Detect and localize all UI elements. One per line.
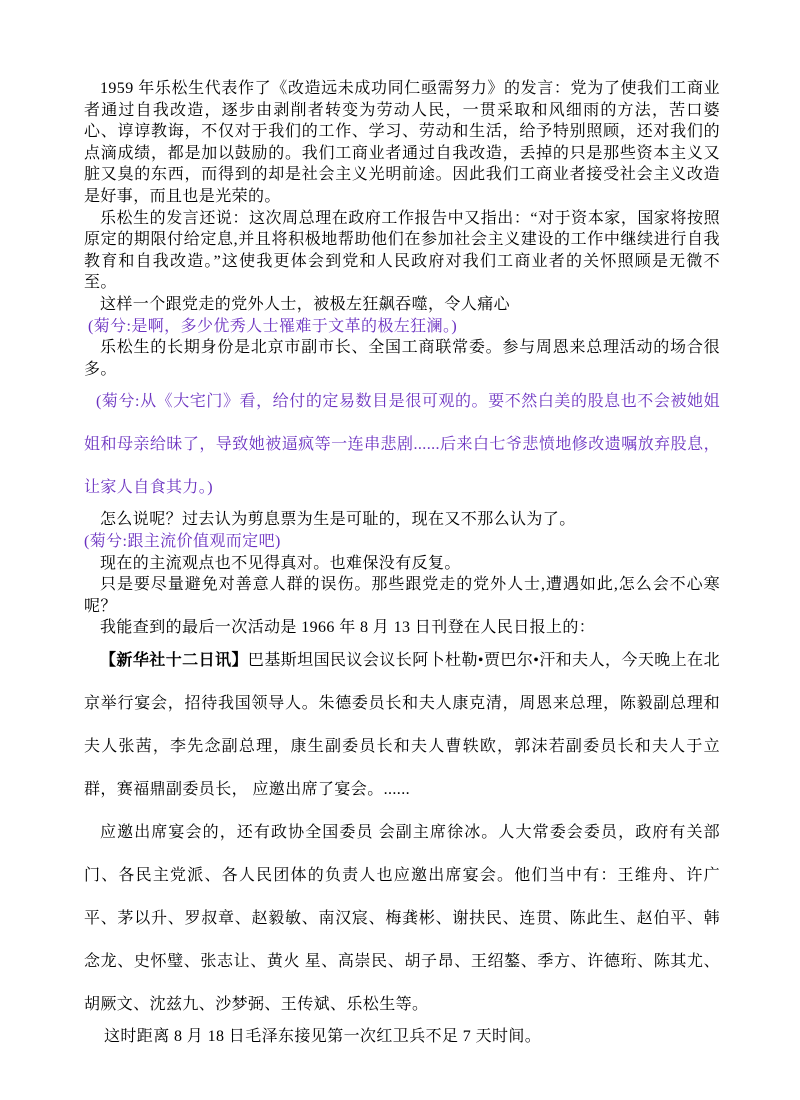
paragraph-text: 这样一个跟党走的党外人士，被极左狂飙吞噬，令人痛心 xyxy=(100,296,510,313)
paragraph-text: (菊兮:是啊，多少优秀人士罹难于文革的极左狂澜。) xyxy=(88,318,457,335)
paragraph: (菊兮:跟主流价值观而定吧) xyxy=(84,531,720,553)
paragraph-text: 我能查到的最后一次活动是 1966 年 8 月 13 日刊登在人民日报上的： xyxy=(100,619,595,636)
paragraph: 这时距离 8 月 18 日毛泽东接见第一次红卫兵不足 7 天时间。 xyxy=(84,1026,720,1048)
paragraph-text: 应邀出席宴会的，还有政协全国委员 会副主席徐冰。人大常委会委员，政府有关部门、各… xyxy=(84,824,720,1013)
paragraph-text: 乐松生的发言还说：这次周总理在政府工作报告中又指出：“对于资本家，国家将按照原定… xyxy=(84,210,720,292)
paragraph: 【新华社十二日讯】巴基斯坦国民议会议长阿卜杜勒•贾巴尔•汗和夫人，今天晚上在北京… xyxy=(84,639,720,811)
paragraph: 只是要尽量避免对善意人群的误伤。那些跟党走的党外人士,遭遇如此,怎么会不心寒呢？ xyxy=(84,574,720,617)
paragraph: (菊兮:从《大宅门》看，给付的定易数目是很可观的。要不然白美的股息也不会被她姐姐… xyxy=(84,380,720,509)
paragraph-text: 1959 年乐松生代表作了《改造远未成功同仁亟需努力》的发言：党为了使我们工商业… xyxy=(84,80,720,205)
paragraph-text: 只是要尽量避免对善意人群的误伤。那些跟党走的党外人士,遭遇如此,怎么会不心寒呢？ xyxy=(84,576,720,615)
paragraph: 这样一个跟党走的党外人士，被极左狂飙吞噬，令人痛心 xyxy=(84,294,720,316)
paragraph: 乐松生的发言还说：这次周总理在政府工作报告中又指出：“对于资本家，国家将按照原定… xyxy=(84,208,720,294)
paragraph-bold-prefix: 【新华社十二日讯】 xyxy=(100,652,248,669)
paragraph-text: 乐松生的长期身份是北京市副市长、全国工商联常委。参与周恩来总理活动的场合很多。 xyxy=(84,339,720,378)
paragraph: 现在的主流观点也不见得真对。也难保没有反复。 xyxy=(84,553,720,575)
document-body: 1959 年乐松生代表作了《改造远未成功同仁亟需努力》的发言：党为了使我们工商业… xyxy=(84,78,720,1047)
paragraph: 我能查到的最后一次活动是 1966 年 8 月 13 日刊登在人民日报上的： xyxy=(84,617,720,639)
paragraph-text: 现在的主流观点也不见得真对。也难保没有反复。 xyxy=(100,555,461,572)
paragraph: 应邀出席宴会的，还有政协全国委员 会副主席徐冰。人大常委会委员，政府有关部门、各… xyxy=(84,811,720,1026)
paragraph-text: 巴基斯坦国民议会议长阿卜杜勒•贾巴尔•汗和夫人，今天晚上在北京举行宴会，招待我国… xyxy=(84,652,720,798)
paragraph: 怎么说呢？过去认为剪息票为生是可耻的，现在又不那么认为了。 xyxy=(84,509,720,531)
paragraph: 乐松生的长期身份是北京市副市长、全国工商联常委。参与周恩来总理活动的场合很多。 xyxy=(84,337,720,380)
paragraph-text: 怎么说呢？过去认为剪息票为生是可耻的，现在又不那么认为了。 xyxy=(100,511,576,528)
paragraph: 1959 年乐松生代表作了《改造远未成功同仁亟需努力》的发言：党为了使我们工商业… xyxy=(84,78,720,208)
paragraph: (菊兮:是啊，多少优秀人士罹难于文革的极左狂澜。) xyxy=(84,316,720,338)
document-page: 1959 年乐松生代表作了《改造远未成功同仁亟需努力》的发言：党为了使我们工商业… xyxy=(0,0,800,1100)
paragraph-text: 这时距离 8 月 18 日毛泽东接见第一次红卫兵不足 7 天时间。 xyxy=(104,1028,541,1045)
paragraph-text: (菊兮:从《大宅门》看，给付的定易数目是很可观的。要不然白美的股息也不会被她姐姐… xyxy=(84,393,720,496)
paragraph-text: (菊兮:跟主流价值观而定吧) xyxy=(84,533,281,550)
